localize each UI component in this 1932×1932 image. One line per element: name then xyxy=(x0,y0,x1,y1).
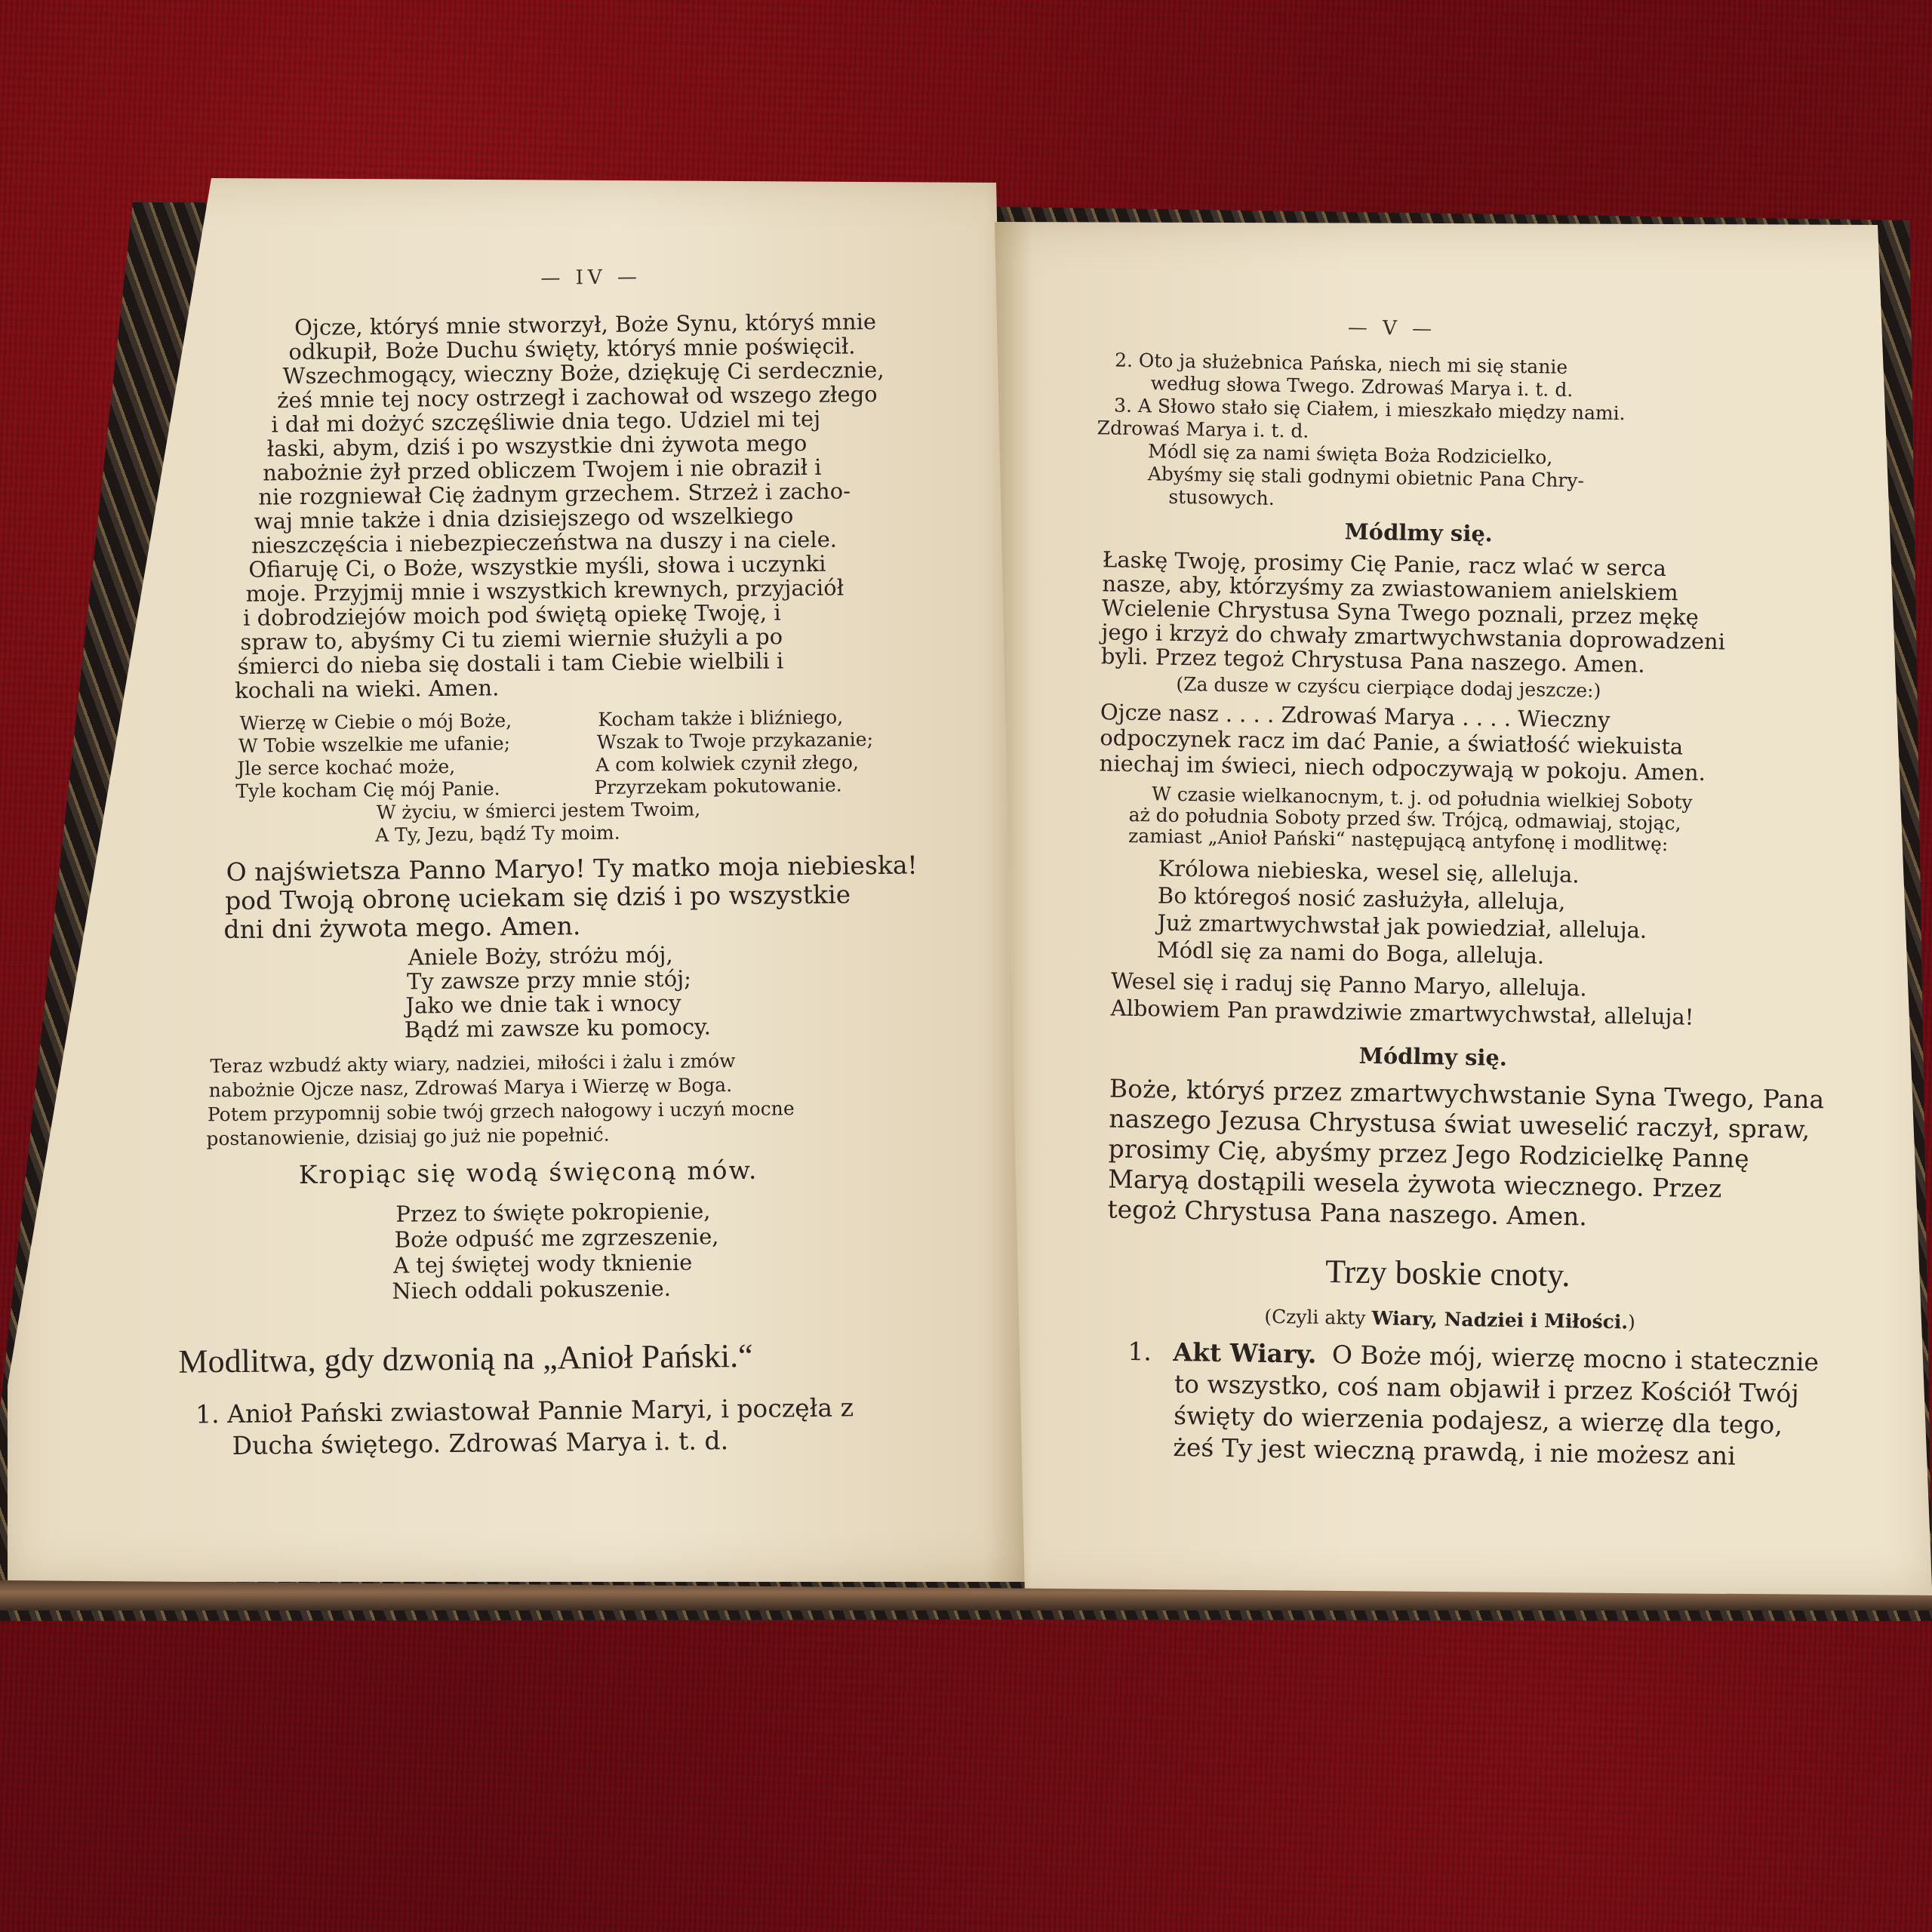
verse-line: Wierzę w Ciebie o mój Boże, xyxy=(239,709,512,734)
item-number: 1. xyxy=(1128,1337,1152,1366)
souls-note: (Za dusze w czyścu cierpiące dodaj jeszc… xyxy=(1176,673,1601,702)
verse-line: Bądź mi zawsze ku pomocy. xyxy=(405,1014,711,1042)
text-line: pod Twoją obronę uciekam się dziś i po w… xyxy=(225,879,851,915)
verse-line: Tyle kocham Cię mój Panie. xyxy=(235,777,500,802)
text-line: 1. Anioł Pański zwiastował Pannie Maryi,… xyxy=(195,1392,854,1429)
angelus-heading: Modlitwa, gdy dzwonią na „Anioł Pański.“ xyxy=(178,1337,753,1381)
verse-line: Przez to święte pokropienie, xyxy=(395,1198,710,1226)
text-line: nabożnie Ojcze nasz, Zdrowaś Marya i Wie… xyxy=(208,1074,732,1101)
let-us-pray-heading-1: Módlmy się. xyxy=(1344,518,1493,546)
text-line: Teraz wzbudź akty wiary, nadziei, miłośc… xyxy=(210,1050,736,1077)
verse-line: Jle serce kochać może, xyxy=(237,755,455,780)
virtues-heading: Trzy boskie cnoty. xyxy=(1325,1252,1571,1294)
subtitle-prefix: (Czyli akty xyxy=(1264,1306,1372,1329)
act-title: Akt Wiary. xyxy=(1173,1337,1316,1369)
subtitle-suffix: ) xyxy=(1628,1311,1635,1333)
text-line: kochali na wieki. Amen. xyxy=(235,675,500,703)
virtues-subtitle: (Czyli akty Wiary, Nadziei i Miłości.) xyxy=(1264,1306,1635,1334)
text-line: żeś Ty jest wieczną prawdą, i nie możesz… xyxy=(1173,1432,1736,1471)
verse-line: Przyrzekam pokutowanie. xyxy=(594,774,842,798)
verse-line: Wszak to Twoje przykazanie; xyxy=(597,728,873,753)
text-line: Zdrowaś Marya i. t. d. xyxy=(1097,417,1309,441)
text-fragment: O Boże mój, wierzę mocno i statecznie xyxy=(1332,1340,1820,1377)
verse-line: Bo któregoś nosić zasłużyła, alleluja, xyxy=(1158,883,1566,915)
right-page: — V — 2. Oto ja służebnica Pańska, niech… xyxy=(995,222,1932,1595)
verse-line: A tej świętej wody tknienie xyxy=(393,1250,693,1278)
text-line: dni dni żywota mego. Amen. xyxy=(223,911,580,944)
page-number-iv: — IV — xyxy=(540,266,641,289)
text-line: śmierci do nieba się dostali i tam Ciebi… xyxy=(238,648,784,679)
page-number-v: — V — xyxy=(1348,316,1437,340)
verse-line: Boże odpuść me zgrzeszenie, xyxy=(395,1223,719,1252)
verse-line: A com kolwiek czynił złego, xyxy=(595,751,859,776)
holy-water-heading: Kropiąc się wodą święconą mów. xyxy=(299,1155,758,1189)
text-line: Albowiem Pan prawdziwie zmartwychwstał, … xyxy=(1110,995,1694,1030)
verse-line: W Tobie wszelkie me ufanie; xyxy=(238,732,511,757)
verse-line: Niech oddali pokuszenie. xyxy=(392,1275,671,1304)
let-us-pray-heading-2: Módlmy się. xyxy=(1358,1043,1507,1071)
verse-line: W życiu, w śmierci jestem Twoim, xyxy=(377,798,701,823)
text-line: Ducha świętego. Zdrowaś Marya i. t. d. xyxy=(232,1426,728,1460)
verse-line: Kocham także i bliźniego, xyxy=(598,706,843,731)
verse-line: Módl się za nami do Boga, alleluja. xyxy=(1157,937,1545,968)
right-page-text: — V — 2. Oto ja służebnica Pańska, niech… xyxy=(995,222,1932,1595)
text-line: postanowienie, dzisiaj go już nie popełn… xyxy=(206,1124,610,1150)
subtitle-bold: Wiary, Nadziei i Miłości. xyxy=(1371,1307,1628,1333)
text-line: stusowych. xyxy=(1168,486,1275,509)
verse-line: A Ty, Jezu, bądź Ty moim. xyxy=(375,822,620,846)
text-line: Potem przypomnij sobie twój grzech nałog… xyxy=(208,1097,795,1125)
